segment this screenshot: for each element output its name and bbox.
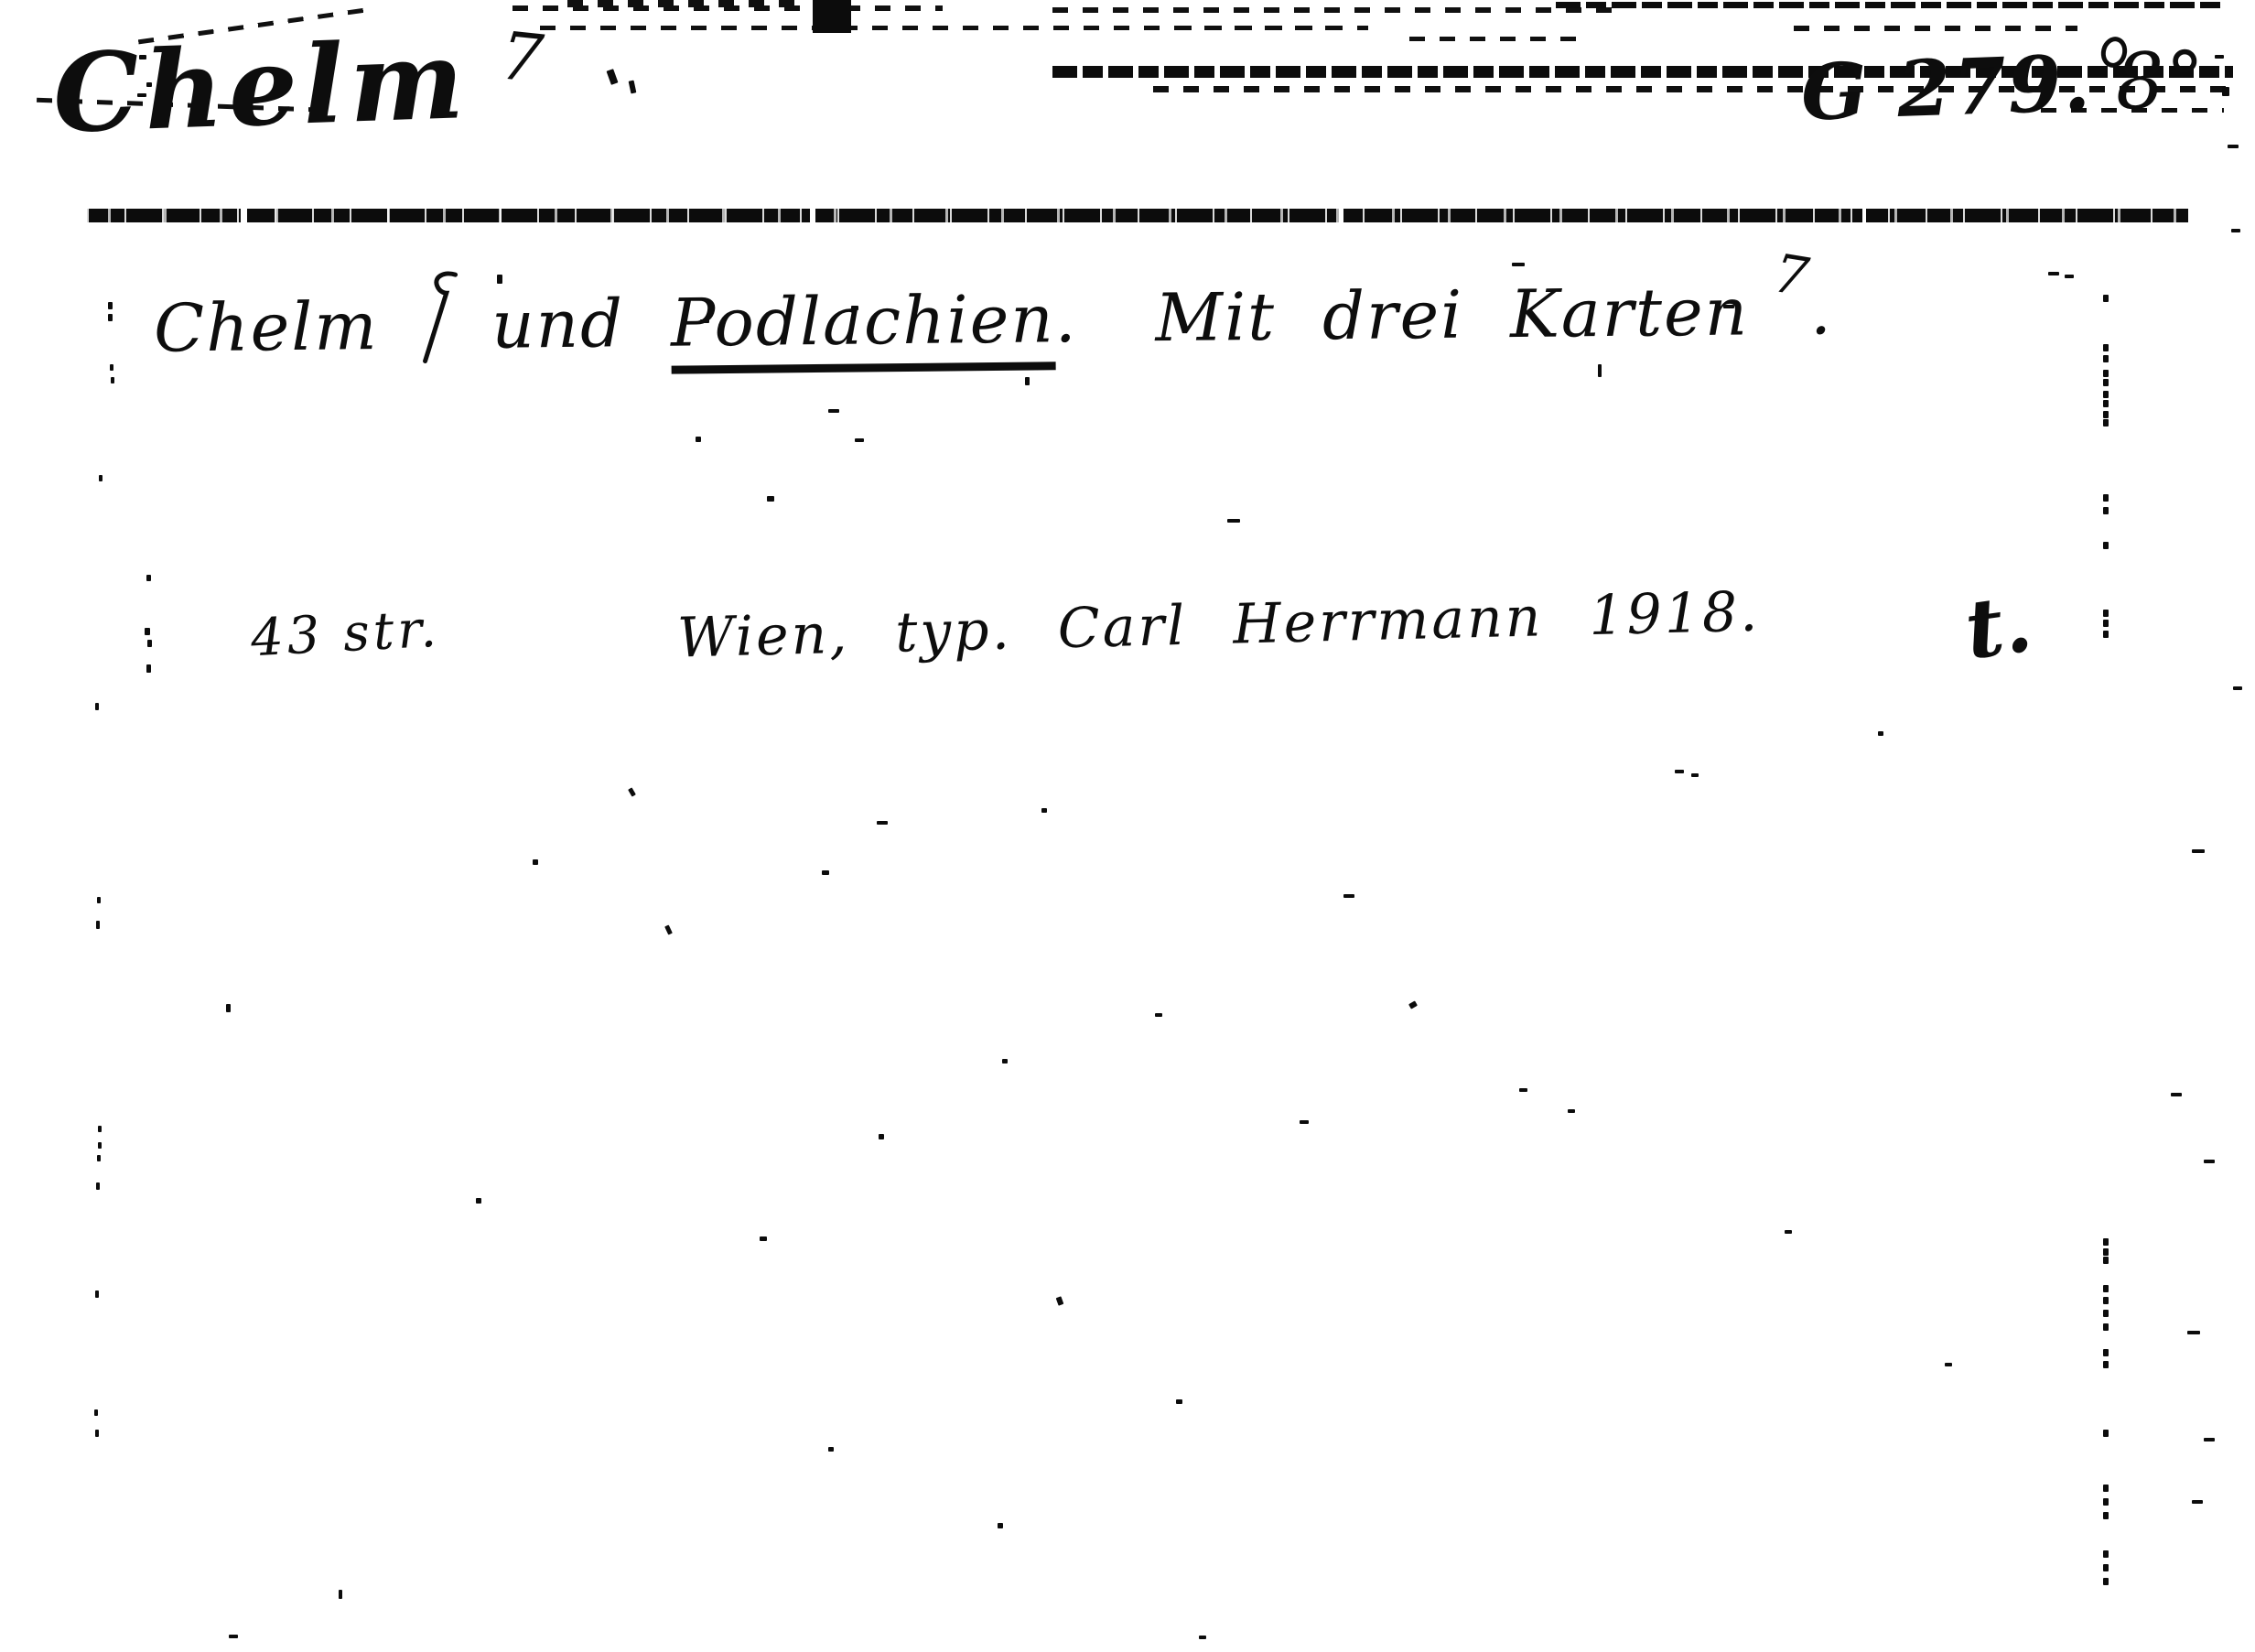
noise-speck [95,1430,99,1437]
noise-speck [98,1126,102,1132]
noise-speck [828,409,839,413]
rule-gap [810,208,815,223]
noise-speck [767,496,774,502]
noise-speck [2103,1361,2109,1368]
noise-speck [1056,1296,1064,1306]
noise-speck [1785,1230,1792,1234]
noise-speck [664,924,673,934]
noise-speck [2103,1285,2109,1292]
rule-gap [1862,208,1866,223]
noise-speck [1176,1399,1182,1404]
noise-speck [1227,519,1240,523]
noise-speck [98,1142,102,1149]
noise-speck [2103,1323,2109,1331]
noise-speck [1598,364,1602,377]
rule-gap [1339,208,1343,223]
noise-speck [1343,894,1354,898]
noise-speck [1691,773,1699,777]
noise-speck [95,703,99,710]
marginal-note: t. [1959,575,2037,678]
heading-text: Chelm [51,16,471,157]
noise-speck [2192,1500,2203,1504]
title-insert-mark: 7 [1769,242,1814,308]
noise-speck [2103,1512,2109,1519]
catalog-card: Chelm7 G 279.8° Chelm und Podlachien. Mi… [0,0,2255,1652]
noise-speck [1199,1636,1206,1639]
noise-speck [146,575,151,581]
noise-speck [628,787,636,796]
noise-speck [1945,1363,1952,1366]
noise-speck [2103,507,2109,514]
noise-speck [2103,1485,2109,1492]
noise-speck [2103,1578,2109,1585]
noise-speck [1675,770,1684,773]
noise-speck [1041,808,1047,813]
noise-speck [2103,355,2109,362]
noise-speck [108,302,113,309]
noise-speck [110,364,113,371]
noise-speck [1878,731,1883,736]
noise-speck [2103,411,2109,418]
noise-strip [1556,2,2224,8]
noise-strip [1409,37,1583,41]
noise-speck [879,1134,884,1139]
noise-speck [111,377,114,383]
noise-speck [2228,145,2239,148]
noise-speck [2103,1498,2109,1506]
noise-speck [97,1155,101,1161]
header-rule [87,209,2188,222]
collation: 43 str. [249,599,441,669]
noise-speck [108,314,113,321]
noise-speck [2103,1564,2109,1571]
noise-speck [2103,1238,2109,1246]
noise-speck [2233,686,2242,690]
noise-speck [95,1290,99,1298]
title-punct: . [1054,280,1078,357]
format-mark: 8° [2114,34,2208,126]
noise-speck [2192,849,2205,853]
noise-speck [94,1409,98,1416]
noise-speck [2103,631,2109,638]
noise-speck [476,1198,481,1204]
noise-speck [226,1004,231,1012]
call-number: G 279.8° [1799,33,2207,137]
noise-speck [855,438,864,442]
noise-speck [1408,1000,1418,1009]
noise-strip [1794,26,2077,31]
noise-speck [1568,1109,1575,1113]
noise-speck [2048,272,2059,275]
noise-speck [2204,1438,2215,1441]
noise-speck [145,628,150,635]
noise-speck [339,1590,342,1599]
noise-speck [96,1182,100,1190]
noise-speck [2103,1248,2109,1256]
noise-speck [1519,1088,1527,1092]
noise-speck [147,640,152,647]
noise-speck [96,921,100,929]
noise-speck [2103,494,2109,502]
imprint: Wien, typ. Carl Herrmann 1918. [676,580,1761,671]
title-word-chelm: Chelm [154,287,379,367]
noise-speck [2187,1331,2200,1334]
noise-speck [2103,419,2109,426]
noise-speck [2103,295,2109,302]
noise-speck [2103,1310,2109,1317]
insertion-caret-icon [419,269,460,364]
noise-strip [540,26,1354,30]
heading-insert-mark: 7 [497,16,552,98]
noise-speck [2103,391,2109,398]
noise-speck [2103,370,2109,377]
title-rest: Mit drei Karten [1155,273,1750,356]
noise-speck [696,437,701,442]
noise-speck [1300,1120,1309,1124]
noise-speck [828,1447,834,1452]
noise-speck [2103,1550,2109,1558]
title-word-und: und [491,285,625,363]
rule-gap [241,208,247,223]
call-number-text: G 279. [1799,38,2093,138]
noise-strip [1176,26,1368,30]
noise-speck [877,821,888,825]
noise-speck [607,69,619,85]
noise-speck [2103,400,2109,407]
noise-speck [2065,275,2074,278]
noise-speck [2215,55,2224,59]
noise-speck [146,664,151,673]
noise-speck [1155,1013,1162,1017]
noise-strip [567,0,796,7]
noise-speck [229,1635,238,1638]
noise-speck [822,870,829,875]
noise-speck [760,1236,767,1241]
noise-speck [533,859,538,865]
noise-speck [2171,1093,2182,1096]
noise-speck [2103,610,2109,617]
title-end-punct: . [1809,272,1833,349]
noise-speck [2103,1257,2109,1264]
noise-speck [97,897,101,903]
noise-speck [1025,377,1030,385]
noise-strip [512,5,943,11]
noise-speck [2204,1160,2215,1163]
heading: Chelm7 [51,14,519,157]
title-line: Chelm und Podlachien. Mit drei Karten7. [154,254,1834,367]
title-word-podlachien: Podlachien [671,280,1056,373]
noise-speck [2103,344,2109,351]
noise-speck [2231,229,2240,232]
noise-speck [2103,379,2109,386]
noise-speck [998,1523,1003,1528]
noise-speck [2103,1297,2109,1304]
noise-speck [2103,620,2109,627]
noise-speck [2103,542,2109,549]
noise-speck [629,81,637,94]
noise-speck [2222,87,2229,96]
noise-speck [99,475,102,481]
noise-blob [813,0,851,33]
noise-speck [2103,1430,2109,1437]
noise-speck [2103,1349,2109,1356]
noise-strip [1052,7,1620,13]
noise-speck [1002,1059,1008,1064]
